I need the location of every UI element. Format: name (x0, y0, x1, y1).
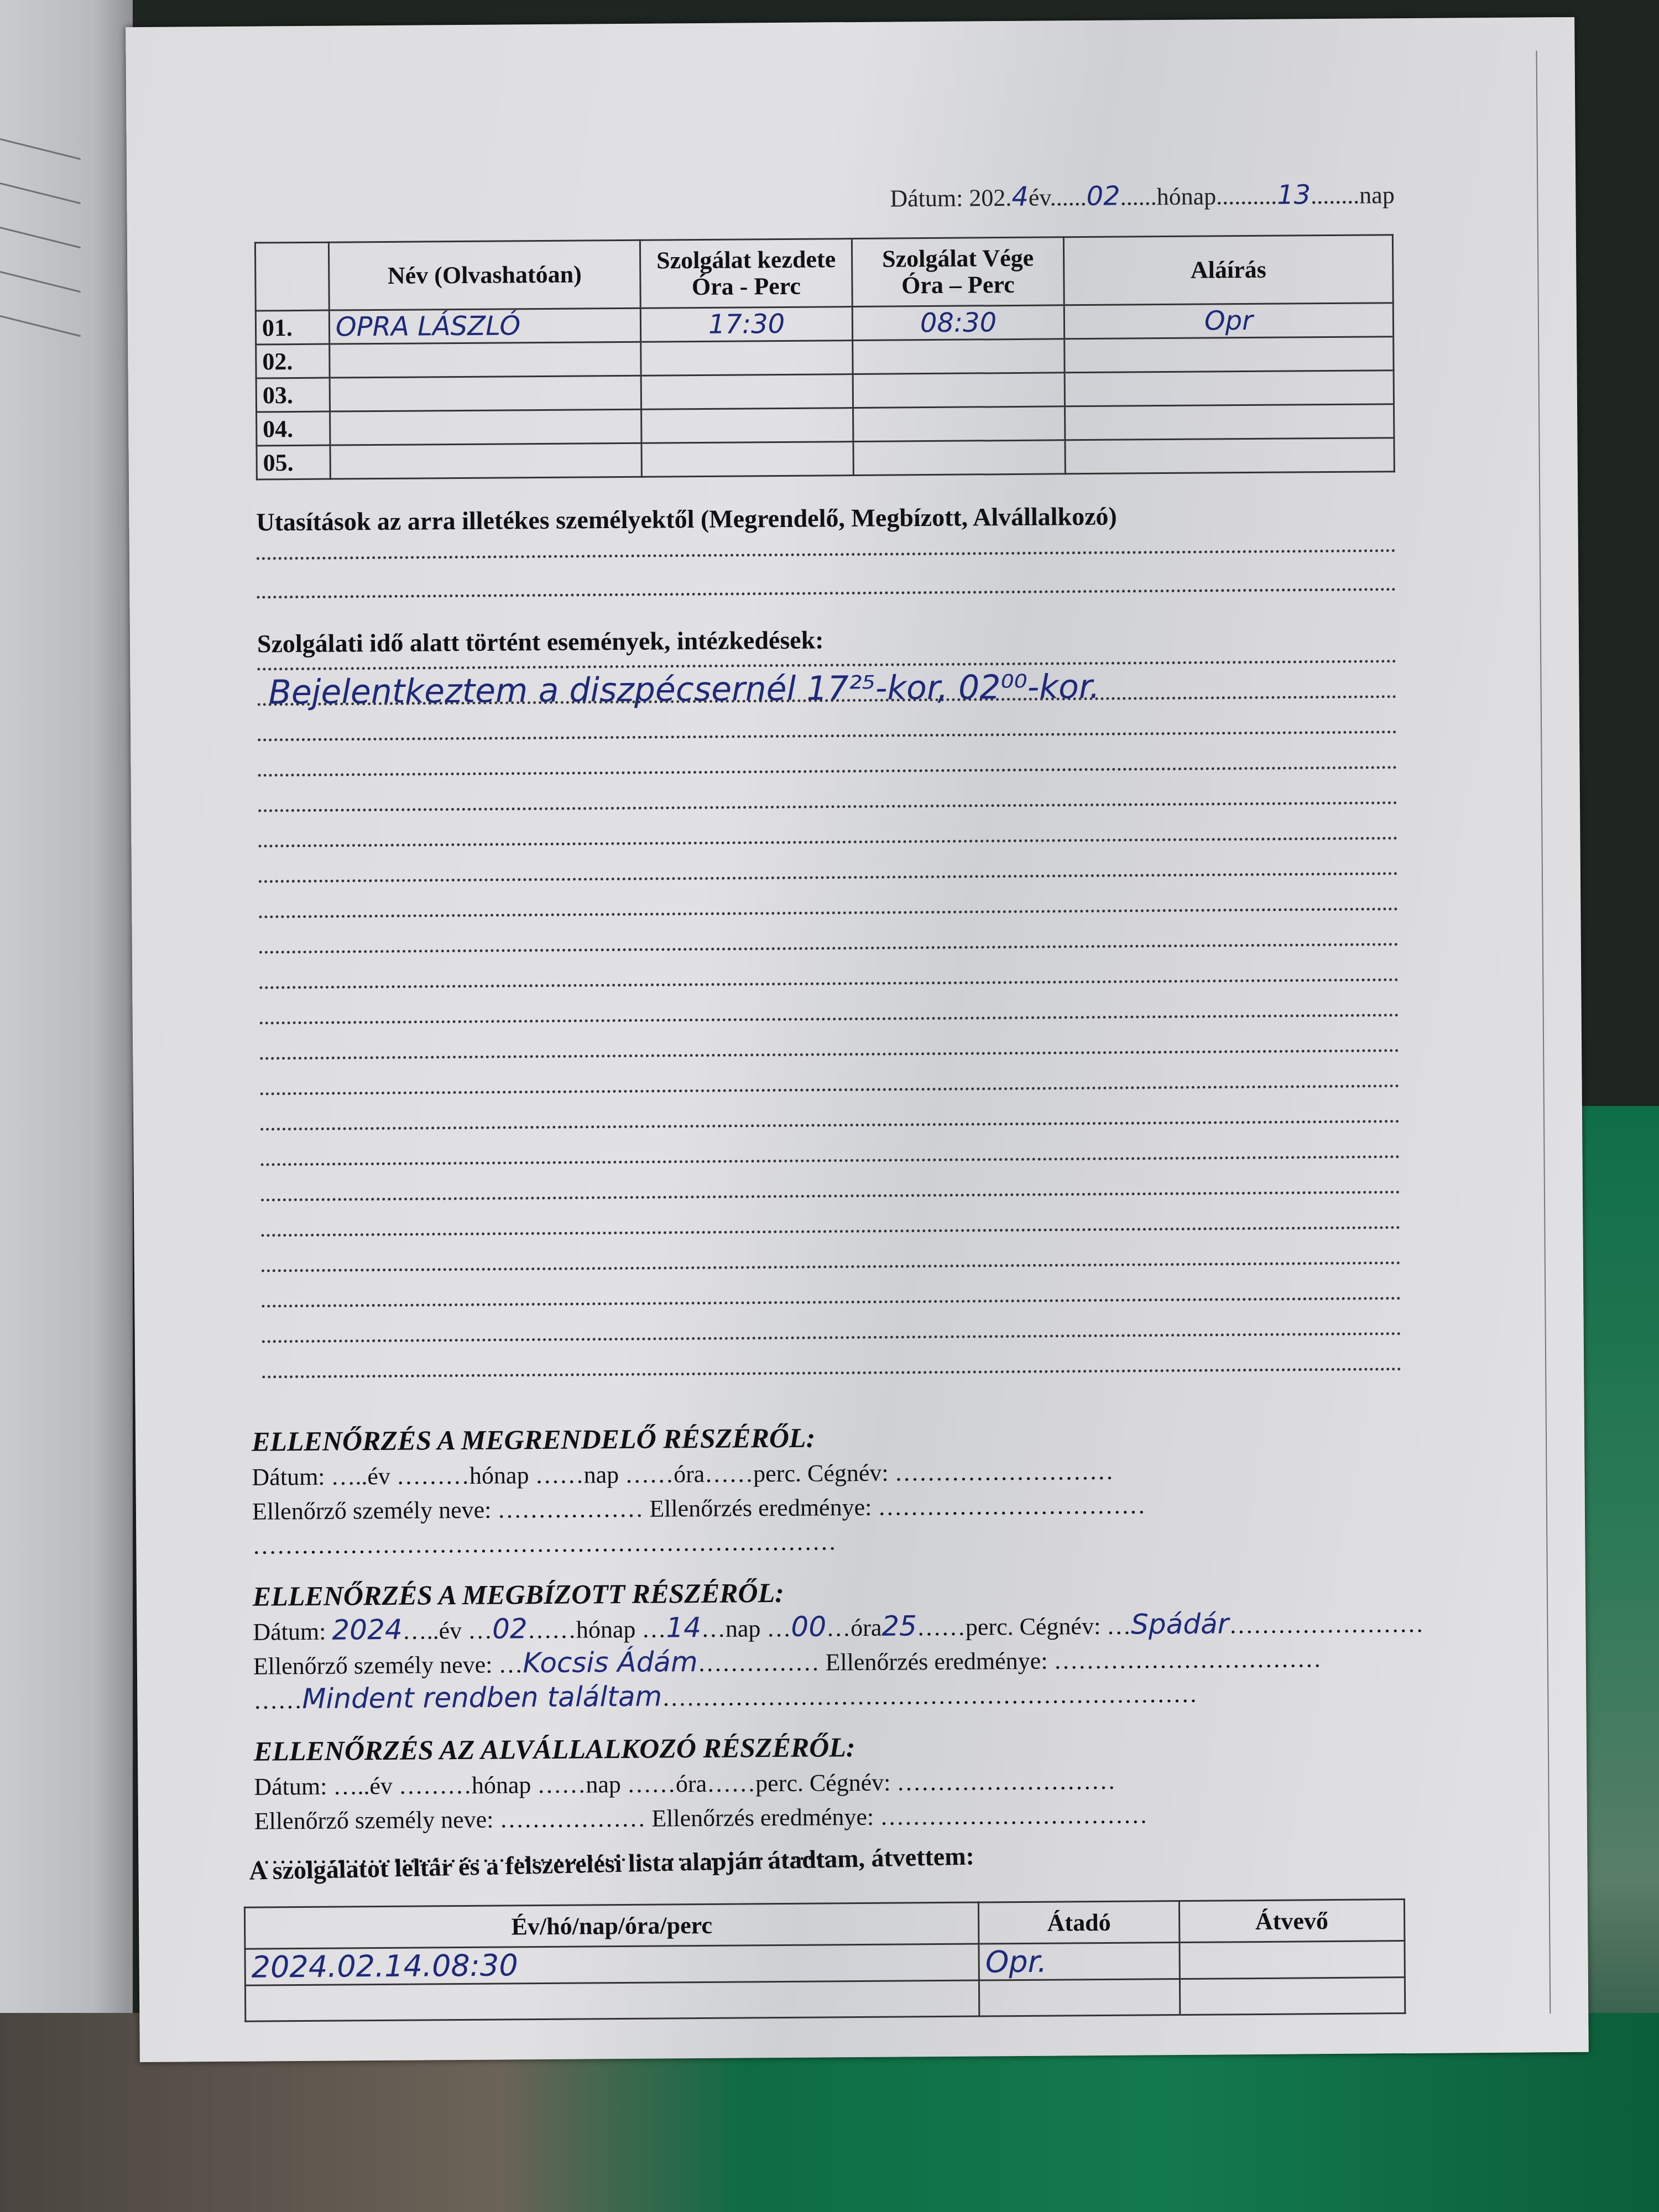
events-entry[interactable]: Bejelentkeztem a diszpécsernél 17²⁵-kor,… (268, 667, 1100, 712)
check-hour[interactable]: 00 (791, 1610, 826, 1642)
row-number: 03. (256, 378, 330, 412)
background-notebook (0, 0, 133, 2212)
check-section-title: ELLENŐRZÉS A MEGBÍZOTT RÉSZÉRŐL: (253, 1577, 784, 1613)
events-line[interactable] (262, 1261, 1401, 1272)
end-time-cell[interactable] (853, 339, 1065, 374)
check-date-line: Dátum: 2024…..év …02……hónap …14…nap …00…… (253, 1606, 1423, 1647)
events-line[interactable] (259, 978, 1399, 989)
check-person-line: Ellenőrző személy neve: ……………… Ellenőrzé… (252, 1488, 1146, 1526)
giver-cell[interactable]: Opr. (979, 1942, 1180, 1980)
events-line[interactable] (259, 907, 1398, 918)
events-line[interactable] (260, 1120, 1400, 1130)
check-section-title: ELLENŐRZÉS AZ ALVÁLLALKOZÓ RÉSZÉRŐL: (254, 1731, 855, 1767)
col-giver: Átadó (979, 1901, 1180, 1944)
start-time-cell[interactable] (641, 374, 853, 410)
check-result-line: ……Mindent rendben találtam……………………………………… (253, 1677, 1197, 1715)
receiver-cell[interactable] (1180, 1978, 1405, 2015)
duty-row: 05. (257, 438, 1394, 479)
events-line[interactable] (261, 1191, 1400, 1201)
events-title: Szolgálati idő alatt történt események, … (257, 625, 824, 658)
row-number: 04. (257, 411, 330, 446)
events-line[interactable] (261, 1155, 1400, 1166)
events-line[interactable] (259, 872, 1398, 883)
handover-row (245, 1978, 1405, 2022)
row-number: 02. (256, 344, 330, 378)
year-value[interactable]: 4 (1011, 181, 1029, 212)
signature-cell[interactable] (1065, 337, 1394, 373)
end-time-cell[interactable] (853, 406, 1065, 442)
notebook-rule (0, 315, 81, 337)
events-line[interactable] (258, 731, 1397, 741)
header-date: Dátum: 202.4év......02......hónap.......… (890, 179, 1395, 213)
start-time-cell[interactable] (641, 442, 853, 477)
name-cell[interactable] (330, 409, 641, 445)
events-line[interactable] (261, 1226, 1400, 1237)
col-end: Szolgálat Vége Óra – Perc (852, 237, 1064, 307)
notebook-rule (0, 182, 81, 204)
notebook-rule (0, 138, 81, 160)
end-time-cell[interactable]: 08:30 (852, 305, 1064, 341)
events-line[interactable] (260, 1084, 1400, 1095)
instructions-title: Utasítások az arra illetékes személyektő… (256, 502, 1117, 537)
signature-cell[interactable] (1065, 404, 1394, 440)
signature-cell[interactable] (1065, 438, 1394, 474)
name-cell[interactable] (330, 375, 641, 411)
col-signature: Aláírás (1063, 235, 1393, 305)
receiver-cell[interactable] (1180, 1941, 1405, 1979)
signature-cell[interactable]: Opr (1064, 303, 1393, 339)
col-receiver: Átvevő (1179, 1900, 1405, 1943)
name-cell[interactable] (330, 443, 641, 479)
start-time-cell[interactable]: 17:30 (640, 307, 852, 342)
signature-cell[interactable] (1065, 371, 1394, 406)
start-time-cell[interactable] (641, 341, 853, 376)
check-section-title: ELLENŐRZÉS A MEGRENDELŐ RÉSZÉRŐL: (252, 1422, 816, 1458)
events-line[interactable] (262, 1297, 1401, 1307)
check-result-line: ……………………………………………………………… (252, 1524, 836, 1560)
name-cell[interactable] (330, 342, 641, 378)
col-start: Szolgálat kezdete Óra - Perc (640, 239, 852, 309)
events-line[interactable] (258, 801, 1397, 812)
check-date-line: Dátum: …..év ………hónap ……nap ……óra……perc.… (252, 1454, 1113, 1492)
duty-log-sheet: Dátum: 202.4év......02......hónap.......… (126, 17, 1589, 2062)
check-result[interactable]: Mindent rendben találtam (302, 1680, 662, 1715)
datetime-cell[interactable]: 2024.02.14.08:30 (245, 1944, 979, 1985)
datetime-cell[interactable] (245, 1980, 979, 2021)
end-time-cell[interactable] (853, 373, 1065, 408)
duty-table: Név (Olvashatóan) Szolgálat kezdete Óra … (254, 234, 1395, 480)
events-line[interactable] (259, 943, 1399, 953)
check-minute[interactable]: 25 (881, 1610, 917, 1642)
check-person[interactable]: Kocsis Ádám (523, 1646, 698, 1679)
check-year[interactable]: 2024 (332, 1614, 403, 1646)
events-line[interactable] (258, 766, 1397, 776)
month-value[interactable]: 02 (1086, 181, 1120, 212)
handover-table: Év/hó/nap/óra/perc Átadó Átvevő 2024.02.… (244, 1898, 1406, 2022)
events-line[interactable] (260, 1014, 1399, 1024)
check-date-line: Dátum: …..év ………hónap ……nap ……óra……perc.… (254, 1764, 1115, 1802)
day-value[interactable]: 13 (1277, 179, 1311, 210)
check-month[interactable]: 02 (492, 1613, 528, 1645)
giver-cell[interactable] (979, 1979, 1180, 2016)
notebook-rule (0, 227, 81, 248)
events-line[interactable] (260, 1049, 1399, 1060)
events-line[interactable] (262, 1332, 1401, 1343)
check-person-line: Ellenőrző személy neve: ……………… Ellenőrzé… (254, 1797, 1148, 1835)
notebook-rule (0, 271, 81, 293)
events-line[interactable] (259, 837, 1398, 847)
col-number (255, 242, 329, 311)
events-line[interactable] (262, 1368, 1401, 1378)
check-person-line: Ellenőrző személy neve: …Kocsis Ádám…………… (253, 1641, 1322, 1681)
page-border (1536, 50, 1551, 2013)
check-company[interactable]: Spádár (1131, 1608, 1229, 1640)
row-number: 05. (257, 445, 330, 479)
col-name: Név (Olvashatóan) (328, 240, 640, 310)
check-day[interactable]: 14 (666, 1611, 701, 1644)
col-datetime: Év/hó/nap/óra/perc (244, 1902, 979, 1949)
end-time-cell[interactable] (853, 440, 1065, 476)
name-cell[interactable]: OPRA LÁSZLÓ (329, 308, 640, 344)
instructions-line[interactable] (257, 549, 1396, 560)
instructions-line[interactable] (257, 588, 1396, 598)
row-number: 01. (255, 310, 329, 345)
start-time-cell[interactable] (641, 408, 853, 444)
